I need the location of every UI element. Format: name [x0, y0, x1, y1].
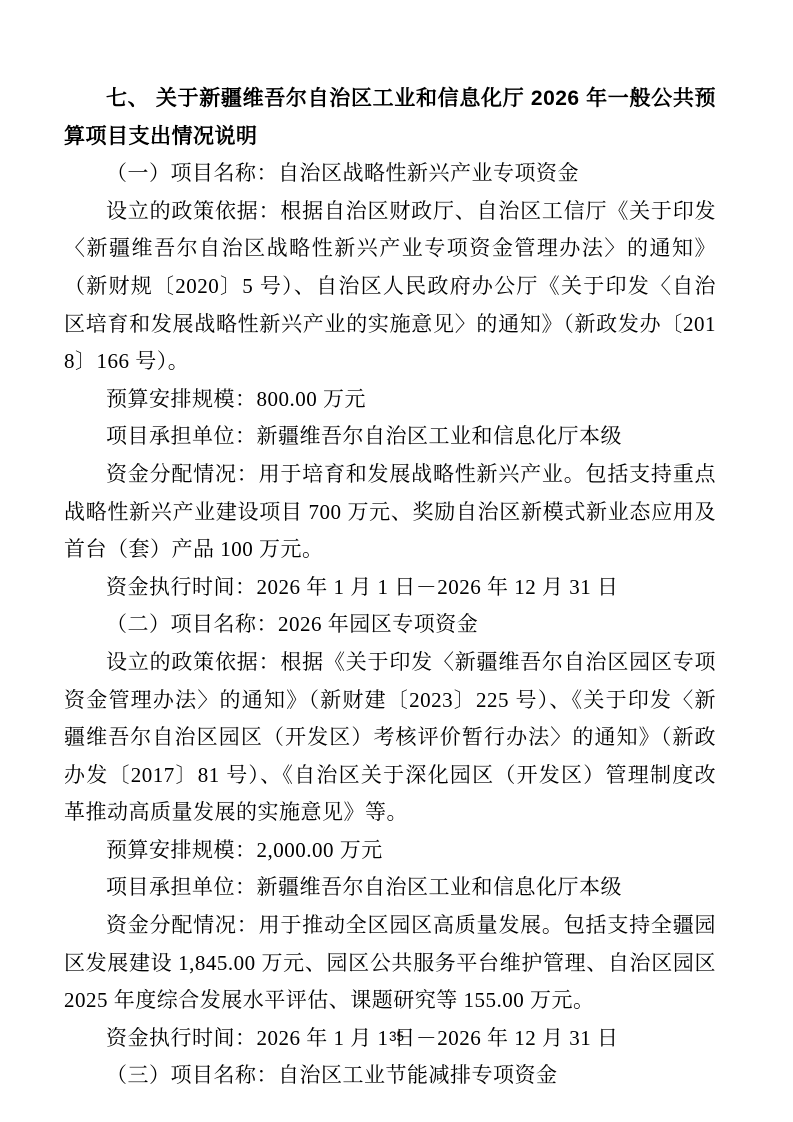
paragraph-project1-undertaking-unit: 项目承担单位：新疆维吾尔自治区工业和信息化厅本级 [64, 418, 716, 456]
page-number: 35 [389, 1029, 404, 1044]
paragraph-project1-budget-scale: 预算安排规模：800.00 万元 [64, 381, 716, 419]
paragraph-project2-policy-basis: 设立的政策依据：根据《关于印发〈新疆维吾尔自治区园区专项资金管理办法〉的通知》（… [64, 644, 716, 832]
document-body: 七、 关于新疆维吾尔自治区工业和信息化厅 2026 年一般公共预算项目支出情况说… [64, 80, 716, 1095]
paragraph-project1-fund-allocation: 资金分配情况：用于培育和发展战略性新兴产业。包括支持重点战略性新兴产业建设项目 … [64, 456, 716, 569]
paragraph-project3-name: （三）项目名称：自治区工业节能减排专项资金 [64, 1057, 716, 1095]
paragraph-project2-name: （二）项目名称：2026 年园区专项资金 [64, 606, 716, 644]
paragraph-project2-fund-allocation: 资金分配情况：用于推动全区园区高质量发展。包括支持全疆园区发展建设 1,845.… [64, 907, 716, 1020]
page-footer: 35 [0, 1028, 793, 1046]
document-page: 七、 关于新疆维吾尔自治区工业和信息化厅 2026 年一般公共预算项目支出情况说… [0, 0, 793, 1122]
section-heading: 七、 关于新疆维吾尔自治区工业和信息化厅 2026 年一般公共预算项目支出情况说… [64, 80, 716, 155]
paragraph-project1-policy-basis: 设立的政策依据：根据自治区财政厅、自治区工信厅《关于印发〈新疆维吾尔自治区战略性… [64, 193, 716, 381]
paragraph-project1-execution-period: 资金执行时间：2026 年 1 月 1 日－2026 年 12 月 31 日 [64, 569, 716, 607]
paragraph-project2-undertaking-unit: 项目承担单位：新疆维吾尔自治区工业和信息化厅本级 [64, 869, 716, 907]
paragraph-project1-name: （一）项目名称：自治区战略性新兴产业专项资金 [64, 155, 716, 193]
paragraph-project2-budget-scale: 预算安排规模：2,000.00 万元 [64, 832, 716, 870]
